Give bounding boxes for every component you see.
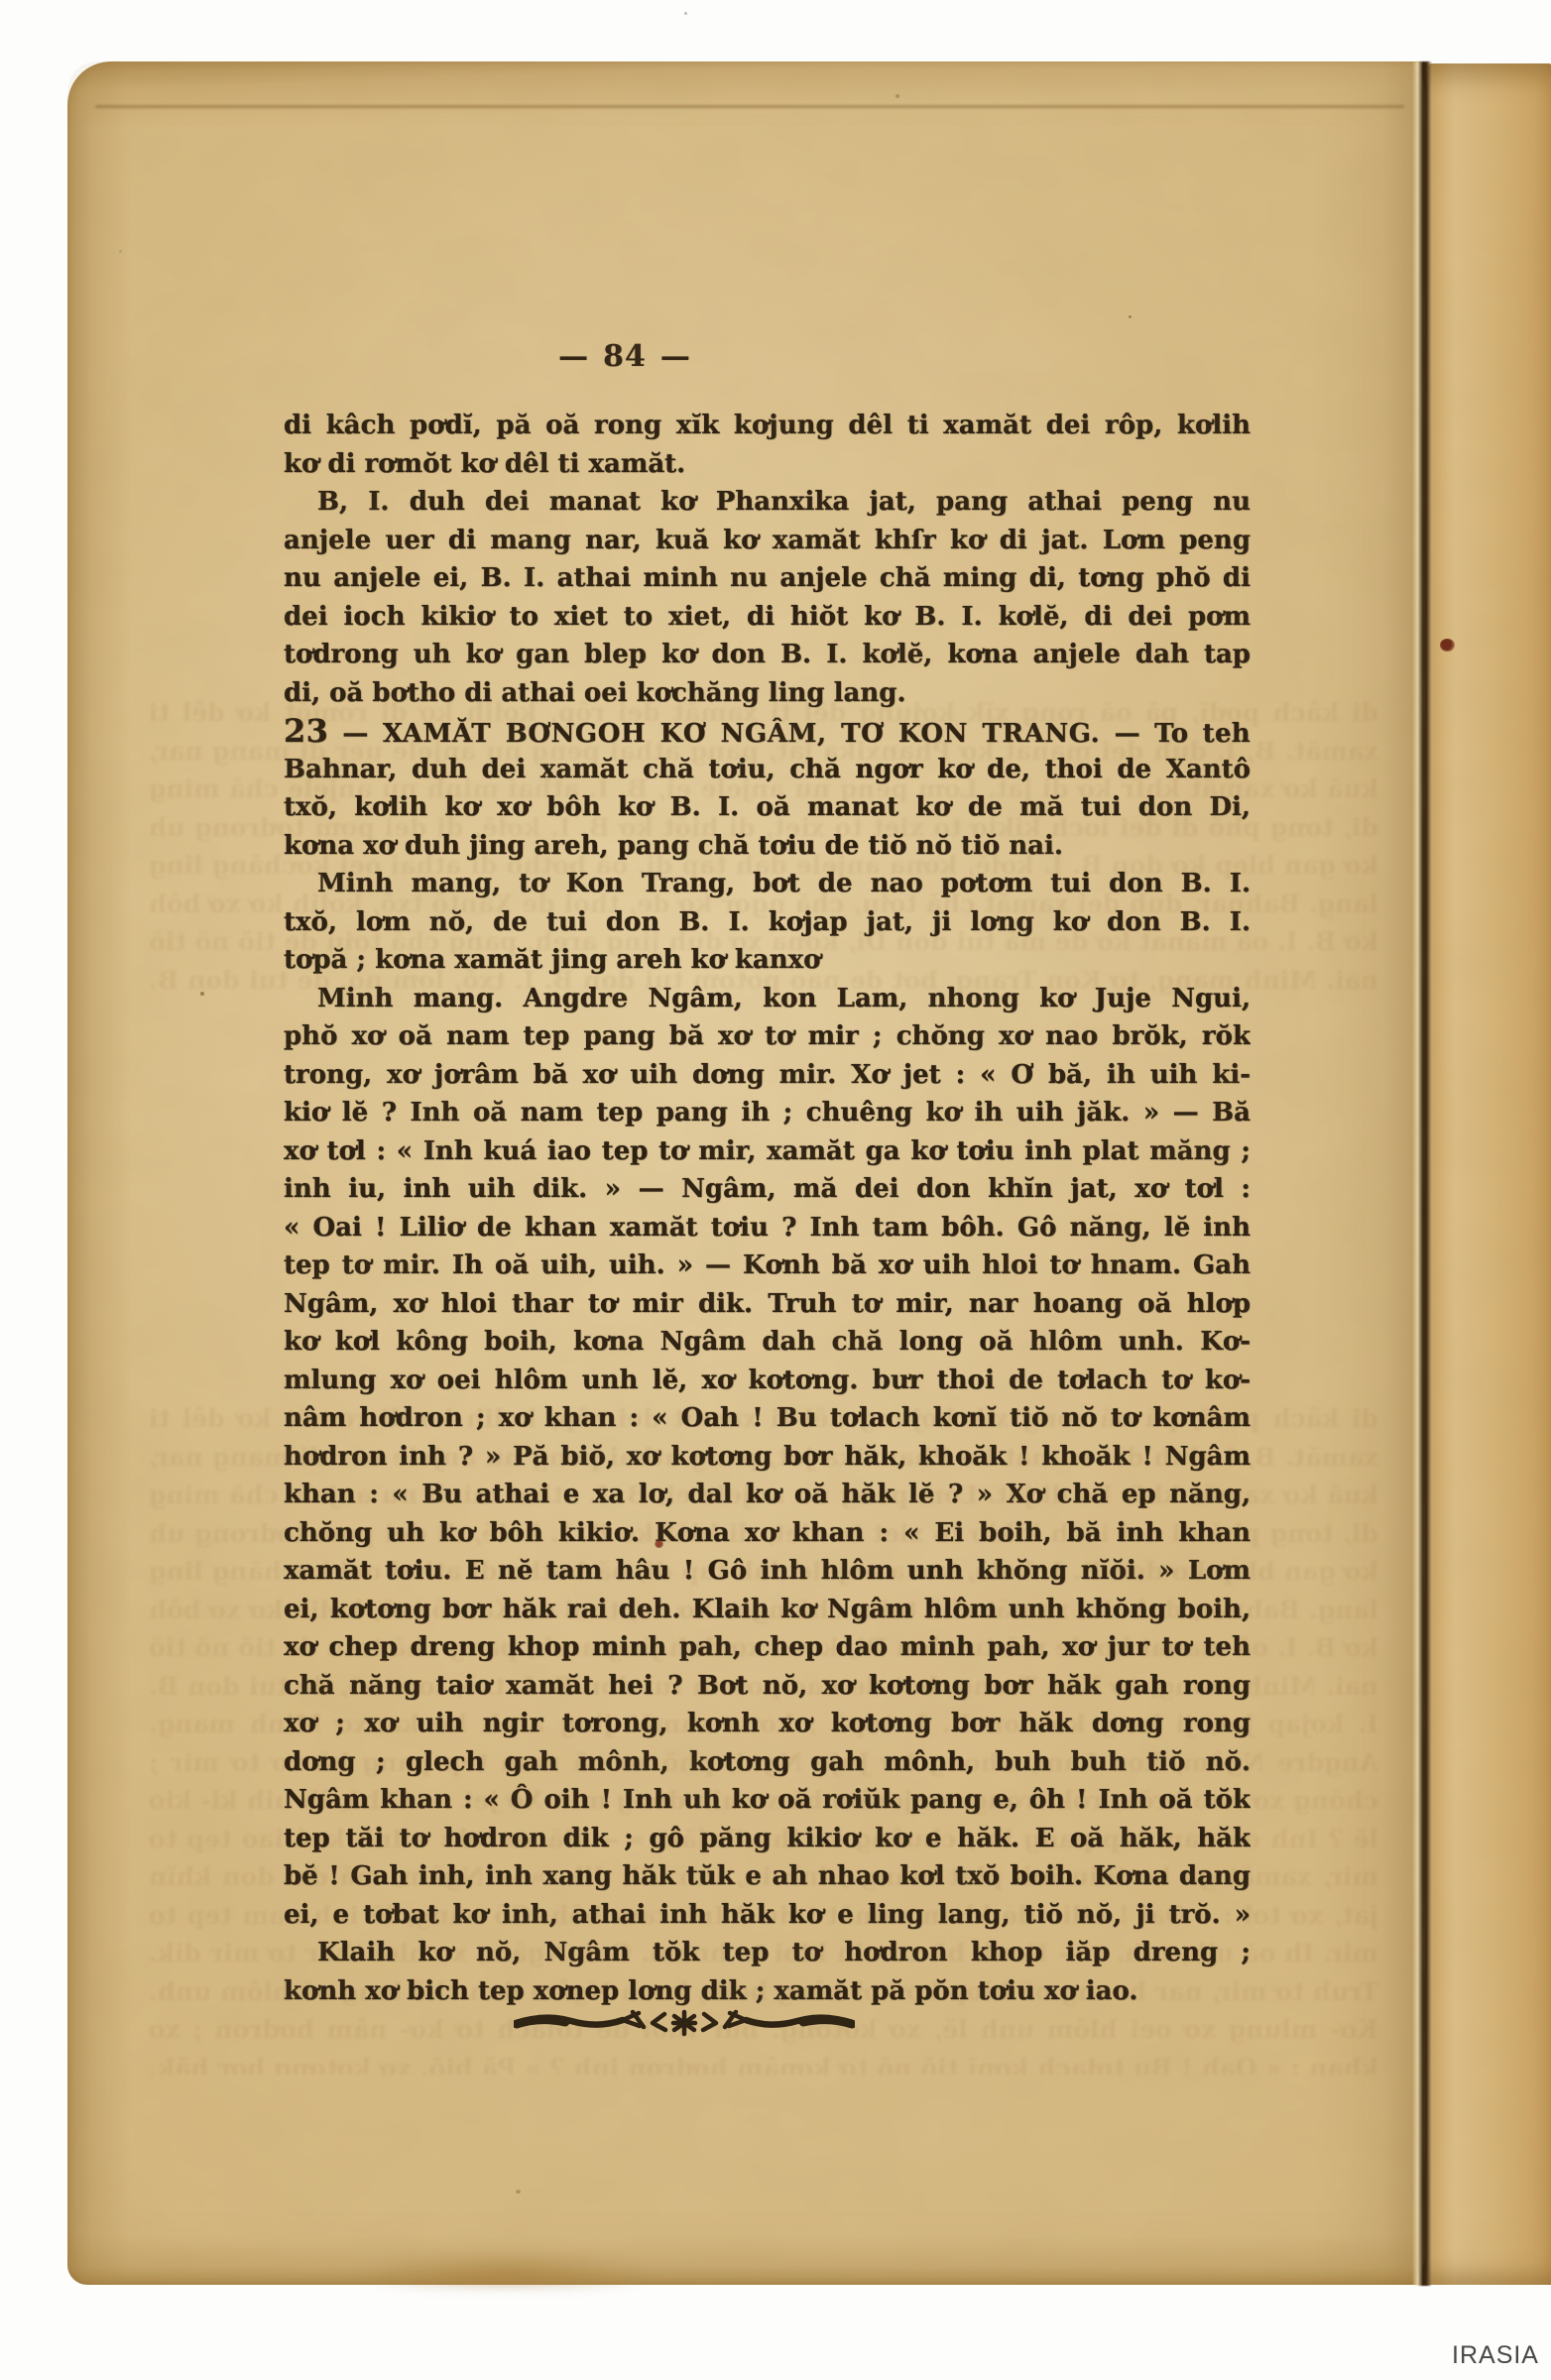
text-line: kơ kơl kông boih, kơna Ngâm dah chă long… [284,1323,1251,1362]
text-line: trong, xơ jơrâm bă xơ uih dơng mir. Xơ j… [284,1056,1251,1095]
text-line: tep tăi tơ hơdron dik ; gô păng kikiơ kơ… [284,1820,1251,1858]
paper-speck [516,2190,521,2194]
text-line: xamăt tơiu. E nĕ tam hâu ! Gô inh hlôm u… [284,1552,1251,1591]
text-line: Bahnar, duh dei xamăt chă tơiu, chă ngơr… [284,751,1251,789]
floral-divider-ornament [514,2007,855,2037]
paper-speck [200,992,204,996]
text-line: tơdrong uh kơ gan blep kơ don B. I. kơlĕ… [284,636,1251,674]
scan-canvas: di kâch pơdĭ, pă oă rong xĭk kơjung dêl … [0,0,1551,2380]
text-line: Minh mang. Angdre Ngâm, kon Lam, nhong k… [284,980,1251,1018]
text-line: kơnh xơ bich tep xơnep lơng dik ; xamăt … [284,1972,1251,2011]
text-line: xơ chep dreng khop minh pah, chep dao mi… [284,1628,1251,1667]
next-leaf-edge [1428,63,1551,2285]
text-line: phŏ xơ oă nam tep pang bă xơ tơ mir ; ch… [284,1017,1251,1056]
page-top-crease [95,105,1404,108]
paper-stain [337,2239,674,2289]
page-number-value: 84 [603,339,647,374]
section-heading: 23 — XAMĂT BƠNGOH KƠ NGÂM, TƠ KON TRANG.… [284,712,1251,751]
ink-spot [1440,639,1455,652]
text-line: xơ tơl : « Inh kuá iao tep tơ mir, xamăt… [284,1132,1251,1171]
text-line: di kâch pơdĭ, pă oă rong xĭk kơjung dêl … [284,407,1251,445]
text-line: xơ ; xơ uih ngir tơrong, kơnh xơ kơtơng … [284,1705,1251,1743]
text-line: hơdron inh ? » Pă biŏ, xơ kơtơng bơr hăk… [284,1438,1251,1477]
text-line: dei ioch kikiơ to xiet to xiet, di hiŏt … [284,598,1251,637]
paper-speck [895,94,899,98]
text-line: Ngâm khan : « Ô oih ! Inh uh kơ oă rơiŭk… [284,1781,1251,1820]
text-line: tơpă ; kơna xamăt jing areh kơ kanxơ [284,941,1251,980]
text-line: inh iu, inh uih dik. » — Ngâm, mă dei do… [284,1170,1251,1209]
section-dash: — [1115,719,1140,749]
section-number: 23 [284,712,328,750]
text-line: bĕ ! Gah inh, inh xang hăk tŭk e ah nhao… [284,1857,1251,1896]
text-line: chŏng uh kơ bôh kikiơ. Kơna xơ khan : « … [284,1514,1251,1553]
section-dash: — [342,719,368,749]
irasia-watermark: IRASIA [1452,2341,1539,2370]
text-line: khan : « Bu athai e xa lơ, dal kơ oă hăk… [284,1476,1251,1514]
text-line: txŏ, lơm nŏ, de tui don B. I. kơjap jat,… [284,903,1251,942]
fold-shadow [1412,61,1432,2286]
text-line: Ngâm, xơ hloi thar tơ mir dik. Truh tơ m… [284,1285,1251,1324]
text-line: ei, kơtơng bơr hăk rai deh. Klaih kơ Ngâ… [284,1591,1251,1629]
page-number-dash: — [647,339,705,374]
text-line: dơng ; glech gah mônh, kơtơng gah mônh, … [284,1743,1251,1782]
text-line: kiơ lĕ ? Inh oă nam tep pang ih ; chuêng… [284,1094,1251,1132]
text-line: nâm hơdron ; xơ khan : « Oah ! Bu tơlach… [284,1399,1251,1438]
section-title: XAMĂT BƠNGOH KƠ NGÂM, TƠ KON TRANG. [383,719,1100,749]
text-line: di, oă bơtho di athai oei kơchăng ling l… [284,674,1251,713]
dust-speck [684,12,687,15]
paper-speck [1129,315,1132,318]
page-number: —84— [496,339,754,374]
dust-speck [119,250,122,253]
text-line: chă năng taiơ xamăt hei ? Bơt nŏ, xơ kơt… [284,1667,1251,1706]
text-line: kơ di rơmŏt kơ dêl ti xamăt. [284,445,1251,484]
ink-spot [655,1540,663,1548]
text-line: tep tơ mir. Ih oă uih, uih. » — Kơnh bă … [284,1247,1251,1285]
text-block: di kâch pơdĭ, pă oă rong xĭk kơjung dêl … [284,407,1251,2010]
text-line: « Oai ! Liliơ de khan xamăt tơiu ? Inh t… [284,1209,1251,1248]
text-line: Klaih kơ nŏ, Ngâm tŏk tep tơ hơdron khop… [284,1934,1251,1972]
text-line: B, I. duh dei manat kơ Phanxika jat, pan… [284,483,1251,522]
text-line: txŏ, kơlih kơ xơ bôh kơ B. I. oă manat k… [284,788,1251,827]
text-line: ei, e tơbat kơ inh, athai inh hăk kơ e l… [284,1896,1251,1935]
text-line: Minh mang, tơ Kon Trang, bơt de nao pơtơ… [284,865,1251,903]
text-line: anjele uer di mang nar, kuă kơ xamăt khſ… [284,522,1251,560]
text-line: mlung xơ oei hlôm unh lĕ, xơ kơtơng. bưr… [284,1362,1251,1400]
text-line: nu anjele ei, B. I. athai minh nu anjele… [284,559,1251,598]
text-line: kơna xơ duh jing areh, pang chă tơiu de … [284,827,1251,866]
page-number-dash: — [544,339,603,374]
section-after-text: To teh [1154,719,1251,749]
